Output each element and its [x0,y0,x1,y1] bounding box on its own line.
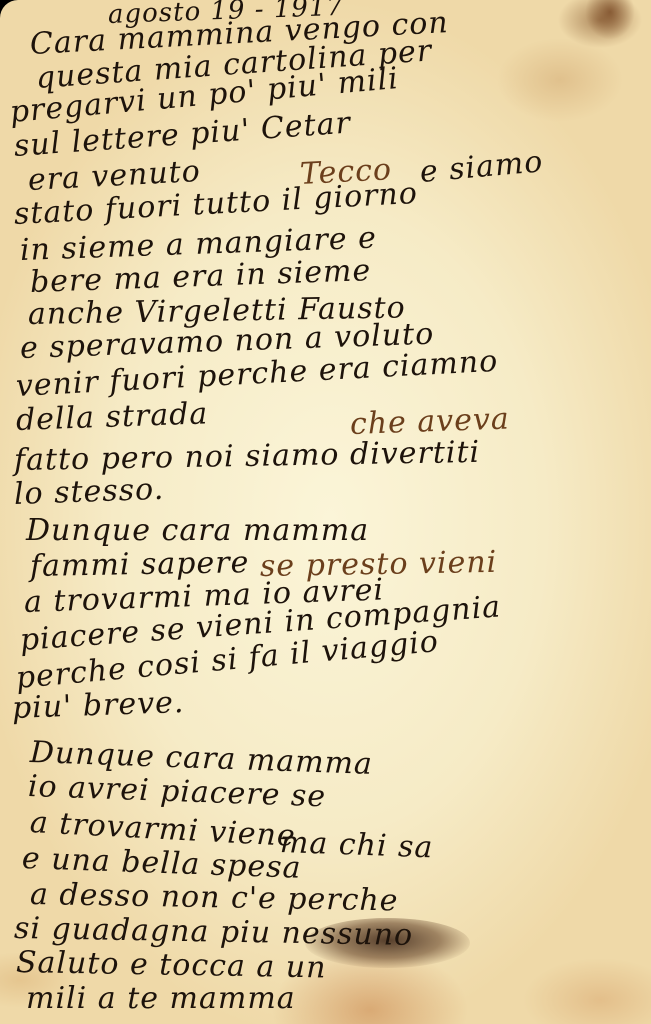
stain-top-right [585,0,635,40]
handwritten-line: Saluto e tocca a un [16,948,327,983]
handwritten-line: fammi sapere [30,548,250,582]
handwritten-line: lo stesso. [13,475,164,510]
postcard: agosto 19 - 1917 Cara mammina vengo conq… [0,0,651,1024]
handwritten-line: a desso non c'e perche [30,880,399,916]
handwritten-line: piu' breve. [11,688,184,724]
handwritten-line: e siamo [419,147,545,188]
handwritten-line: Dunque cara mamma [26,516,369,546]
handwritten-line: che aveva [349,404,510,440]
handwritten-line: fatto pero noi siamo divertiti [14,438,481,476]
handwritten-line: della strada [15,399,208,436]
handwritten-line: mili a te mamma [26,984,296,1014]
handwritten-line: ma chi sa [279,828,433,863]
